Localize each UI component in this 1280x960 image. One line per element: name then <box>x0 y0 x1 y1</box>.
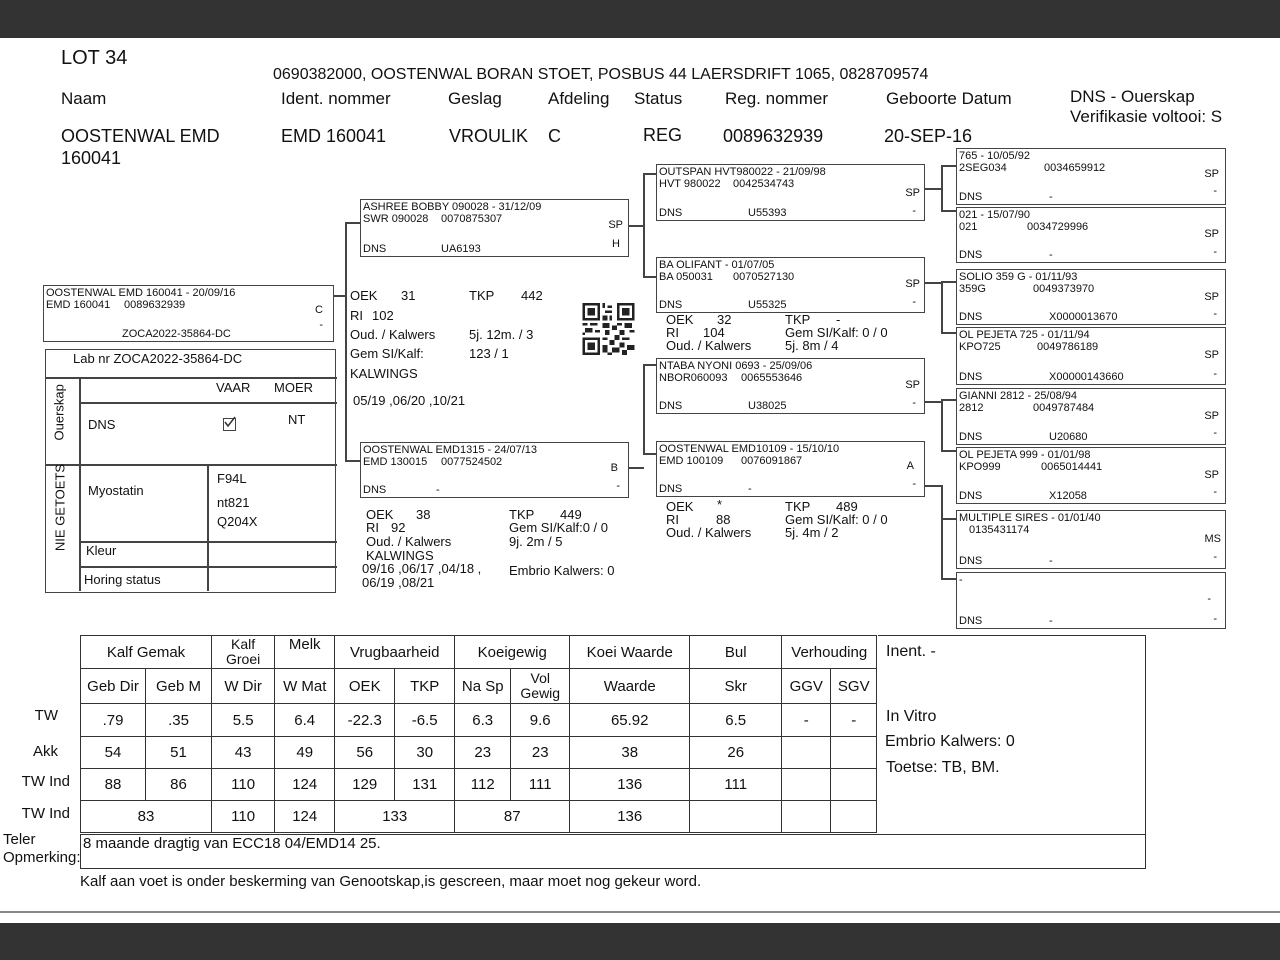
dam-oud-label: Oud. / Kalwers <box>350 327 435 342</box>
inent: Inent. - <box>886 643 936 661</box>
gen3-5-ident: 2812 <box>959 402 983 414</box>
value-naam-1: OOSTENWAL EMD <box>61 126 220 147</box>
in-vitro: In Vitro <box>886 708 936 726</box>
qr-code-icon <box>582 303 635 355</box>
label-reg: Reg. nommer <box>725 89 828 109</box>
label-geboorte: Geboorte Datum <box>886 89 1012 109</box>
gen3-8-dns-value: - <box>1049 615 1053 627</box>
gen2-3-code: SP <box>905 379 920 391</box>
gen2-1-ident: HVT 980022 <box>659 178 721 190</box>
gen3-3-ident: 359G <box>959 283 986 295</box>
lab-table: Lab nr ZOCA2022-35864-DC Ouerskap VAAR M… <box>45 349 336 593</box>
gen3-7-code: MS <box>1205 533 1222 545</box>
label-ident: Ident. nommer <box>281 89 391 109</box>
gen2-1-dns-value: U55393 <box>748 207 787 219</box>
tw-ind-cell: 112 <box>455 769 511 801</box>
dam-reg: 0077524502 <box>441 456 502 468</box>
gen2-box-1: OUTSPAN HVT980022 - 21/09/98 HVT 980022 … <box>656 164 925 221</box>
gen3-4-dns: DNS <box>959 371 982 383</box>
tw-ind-cell <box>831 769 877 801</box>
gen3-4-ident: KPO725 <box>959 341 1001 353</box>
gen3-box-6: OL PEJETA 999 - 01/01/98 KPO999 00650144… <box>956 447 1226 504</box>
tw-cell: -6.5 <box>395 704 455 737</box>
gen2-2-name: BA OLIFANT - 01/07/05 <box>659 259 774 271</box>
sub-na-sp: Na Sp <box>455 669 511 704</box>
gen3-7-dash: - <box>1213 551 1217 563</box>
gen2-3-ident: NBOR060093 <box>659 372 728 384</box>
gen3-4-code: SP <box>1204 349 1219 361</box>
gen3-5-dash: - <box>1213 427 1217 439</box>
tw-ind2-cell: 124 <box>275 801 335 833</box>
gen3-1-dns-value: - <box>1049 191 1053 203</box>
gen3-1-dns: DNS <box>959 191 982 203</box>
gen3-1-reg: 0034659912 <box>1044 162 1105 174</box>
divider <box>0 911 1280 913</box>
gen3-8-dns: DNS <box>959 615 982 627</box>
lot-number: LOT 34 <box>61 47 127 70</box>
sub-geb-m: Geb M <box>146 669 212 704</box>
animal-box: OOSTENWAL EMD 160041 - 20/09/16 EMD 1600… <box>43 285 334 342</box>
moer-header: MOER <box>274 380 313 395</box>
tw-ind2-cell <box>831 801 877 833</box>
tw-ind2-cell <box>782 801 831 833</box>
gen3-4-dash: - <box>1213 368 1217 380</box>
vaar-checkbox-icon <box>223 418 236 431</box>
gen3-1-dash: - <box>1213 185 1217 197</box>
gen3-3-code: SP <box>1204 291 1219 303</box>
dam-dash: - <box>616 480 620 492</box>
akk-cell: 30 <box>395 737 455 769</box>
dam-gem: 123 / 1 <box>469 346 509 361</box>
tw-ind-cell: 111 <box>511 769 570 801</box>
dam2-kalwings-1: 09/16 ,06/17 ,04/18 , <box>362 561 481 576</box>
label-status: Status <box>634 89 682 109</box>
gen3-5-reg: 0049787484 <box>1033 402 1094 414</box>
side-info-box: Inent. - In Vitro Embrio Kalwers: 0 Toet… <box>878 635 1146 835</box>
gen2-1-dash: - <box>912 205 916 217</box>
gen2-2-dash: - <box>912 296 916 308</box>
tw-ind-combined-row: 83 110 124 133 87 136 <box>81 801 877 833</box>
opmerking-box: 8 maande dragtig van ECC18 04/EMD14 25. <box>80 834 1146 869</box>
value-naam-2: 160041 <box>61 148 121 169</box>
tw-cell: 65.92 <box>570 704 690 737</box>
dam2-ri-label: RI <box>366 520 379 535</box>
embrio-kalwers: Embrio Kalwers: 0 <box>885 733 1015 751</box>
gen3-7-reg: 0135431174 <box>969 524 1029 536</box>
lab-nr: Lab nr ZOCA2022-35864-DC <box>73 351 242 366</box>
sub-tkp: TKP <box>395 669 455 704</box>
tw-cell: 6.3 <box>455 704 511 737</box>
opmerking-text: 8 maande dragtig van ECC18 04/EMD14 25. <box>83 835 381 852</box>
value-reg: 0089632939 <box>723 126 823 147</box>
animal-lab: ZOCA2022-35864-DC <box>122 328 231 340</box>
sire-dns-value: UA6193 <box>441 243 481 255</box>
gen2s-1-oud: 5j. 8m / 4 <box>785 338 838 353</box>
gen2-1-code: SP <box>905 187 920 199</box>
gen2-1-dns: DNS <box>659 207 682 219</box>
sub-waarde: Waarde <box>570 669 690 704</box>
gen3-5-code: SP <box>1204 410 1219 422</box>
gen3-box-7: MULTIPLE SIRES - 01/01/40 0135431174 MS … <box>956 510 1226 569</box>
tw-ind2-cell: 87 <box>455 801 570 833</box>
sire-code: SP <box>608 219 623 231</box>
myostatin-label: Myostatin <box>88 483 144 498</box>
dam-ri-label: RI <box>350 308 363 323</box>
tw-cell: - <box>831 704 877 737</box>
top-bar <box>0 0 1280 38</box>
dam-dns-label: DNS <box>363 484 386 496</box>
dam-gem-label: Gem SI/Kalf: <box>350 346 424 361</box>
gen2s-2-oud: 5j. 4m / 2 <box>785 525 838 540</box>
tw-cell: .35 <box>146 704 212 737</box>
gen3-box-4: OL PEJETA 725 - 01/11/94 KPO725 00497861… <box>956 327 1226 385</box>
sub-oek: OEK <box>335 669 395 704</box>
gen2-2-code: SP <box>905 278 920 290</box>
gen3-3-name: SOLIO 359 G - 01/11/93 <box>959 271 1077 283</box>
gen2s-2-oud-label: Oud. / Kalwers <box>666 525 751 540</box>
group-bul: Bul <box>690 636 782 669</box>
dam-tkp-label: TKP <box>469 288 494 303</box>
gen3-4-reg: 0049786189 <box>1037 341 1098 353</box>
tw-ind-cell: 129 <box>335 769 395 801</box>
gen2-4-dns-value: - <box>748 483 752 495</box>
verifikasie: Verifikasie voltooi: S <box>1070 107 1222 127</box>
tw-cell: - <box>782 704 831 737</box>
tw-cell: 9.6 <box>511 704 570 737</box>
tw-cell: 6.5 <box>690 704 782 737</box>
akk-cell: 56 <box>335 737 395 769</box>
gen3-6-dns: DNS <box>959 490 982 502</box>
myostatin-q204x: Q204X <box>217 514 257 529</box>
gen3-8-name: - <box>959 574 963 586</box>
akk-cell: 23 <box>511 737 570 769</box>
group-kalf-groei: Kalf Groei <box>212 636 275 669</box>
gen3-2-name: 021 - 15/07/90 <box>959 209 1030 221</box>
dam-code: B <box>611 462 618 474</box>
dam-ident: EMD 130015 <box>363 456 427 468</box>
gen2-box-3: NTABA NYONI 0693 - 25/09/06 NBOR060093 0… <box>656 358 925 414</box>
gen3-box-1: 765 - 10/05/92 2SEG034 0034659912 SP DNS… <box>956 148 1226 205</box>
tw-ind-cell: 86 <box>146 769 212 801</box>
dam2-kalwings-2: 06/19 ,08/21 <box>362 575 434 590</box>
toetse: Toetse: TB, BM. <box>886 759 1000 777</box>
akk-row: 54 51 43 49 56 30 23 23 38 26 <box>81 737 877 769</box>
breeder-line: 0690382000, OOSTENWAL BORAN STOET, POSBU… <box>273 66 928 84</box>
tw-ind2-cell <box>690 801 782 833</box>
gen2-4-ident: EMD 100109 <box>659 455 723 467</box>
tw-ind-row: 88 86 110 124 129 131 112 111 136 111 <box>81 769 877 801</box>
row-label-akk: Akk <box>0 743 58 760</box>
gen2-1-reg: 0042534743 <box>733 178 794 190</box>
dam-dns-value: - <box>436 484 440 496</box>
moer-dns-value: NT <box>288 412 305 427</box>
group-kalf-gemak: Kalf Gemak <box>81 636 212 669</box>
sub-ggv: GGV <box>782 669 831 704</box>
value-ident: EMD 160041 <box>281 126 386 147</box>
label-naam: Naam <box>61 89 106 109</box>
gen3-2-dns-value: - <box>1049 249 1053 261</box>
tw-ind-cell: 131 <box>395 769 455 801</box>
sub-vol-gewig: Vol Gewig <box>511 669 570 704</box>
gen2-box-2: BA OLIFANT - 01/07/05 BA 050031 00705271… <box>656 257 925 313</box>
dam-ri: 102 <box>372 308 394 323</box>
gen3-8-code: - <box>1207 593 1211 605</box>
tw-ind-cell: 111 <box>690 769 782 801</box>
tw-ind2-cell: 110 <box>212 801 275 833</box>
group-koei-waarde: Koei Waarde <box>570 636 690 669</box>
gen3-2-dash: - <box>1213 246 1217 258</box>
animal-reg: 0089632939 <box>124 299 185 311</box>
gen2-3-dns: DNS <box>659 400 682 412</box>
label-geslag: Geslag <box>448 89 502 109</box>
breeding-values-table: Kalf Gemak Kalf Groei Melk Vrugbaarheid … <box>80 635 877 833</box>
value-geboorte: 20-SEP-16 <box>884 126 972 147</box>
gen3-box-2: 021 - 15/07/90 021 0034729996 SP DNS - - <box>956 207 1226 263</box>
akk-cell <box>831 737 877 769</box>
sub-geb-dir: Geb Dir <box>81 669 146 704</box>
dam2-oek: 38 <box>416 507 430 522</box>
gen3-3-dns-value: X0000013670 <box>1049 311 1118 323</box>
dam2-ri: 92 <box>391 520 405 535</box>
akk-cell: 54 <box>81 737 146 769</box>
dns-label: DNS <box>88 417 115 432</box>
tw-ind-cell <box>782 769 831 801</box>
gen3-7-dns-value: - <box>1049 555 1053 567</box>
sub-w-mat: W Mat <box>275 669 335 704</box>
tw-ind2-cell: 83 <box>81 801 212 833</box>
animal-ident: EMD 160041 <box>46 299 110 311</box>
sire-box: ASHREE BOBBY 090028 - 31/12/09 SWR 09002… <box>360 199 629 257</box>
horing-label: Horing status <box>84 572 161 587</box>
gen2-2-reg: 0070527130 <box>733 271 794 283</box>
sire-dns-label: DNS <box>363 243 386 255</box>
gen2-3-reg: 0065553646 <box>741 372 802 384</box>
gen2-box-4: OOSTENWAL EMD10109 - 15/10/10 EMD 100109… <box>656 441 925 497</box>
gen3-box-5: GIANNI 2812 - 25/08/94 2812 0049787484 S… <box>956 388 1226 445</box>
gen3-4-dns-value: X00000143660 <box>1049 371 1124 383</box>
gen2-3-name: NTABA NYONI 0693 - 25/09/06 <box>659 360 812 372</box>
group-koeigewig: Koeigewig <box>455 636 570 669</box>
akk-cell: 26 <box>690 737 782 769</box>
sub-w-dir: W Dir <box>212 669 275 704</box>
sire-reg: 0070875307 <box>441 213 502 225</box>
dam-tkp: 442 <box>521 288 543 303</box>
gen3-3-dns: DNS <box>959 311 982 323</box>
akk-cell: 49 <box>275 737 335 769</box>
row-label-tw-ind: TW Ind <box>12 773 70 790</box>
gen3-6-dns-value: X12058 <box>1049 490 1087 502</box>
tw-ind-cell: 110 <box>212 769 275 801</box>
gen3-1-name: 765 - 10/05/92 <box>959 150 1030 162</box>
sub-skr: Skr <box>690 669 782 704</box>
sire-ident: SWR 090028 <box>363 213 428 225</box>
value-afdeling: C <box>548 126 561 147</box>
dam-box: OOSTENWAL EMD1315 - 24/07/13 EMD 130015 … <box>360 442 629 498</box>
ouerskap-label: Ouerskap <box>52 415 67 441</box>
row-label-tw: TW <box>0 707 58 724</box>
akk-cell: 43 <box>212 737 275 769</box>
nie-getoets-label: NIE GETOETS <box>53 448 68 568</box>
tw-ind-cell: 136 <box>570 769 690 801</box>
sire-extra: H <box>612 238 620 250</box>
dam-kalwings: 05/19 ,06/20 ,10/21 <box>353 393 465 408</box>
dam-name-date: OOSTENWAL EMD1315 - 24/07/13 <box>363 444 537 456</box>
gen2s-1-oud-label: Oud. / Kalwers <box>666 338 751 353</box>
dam-oek-label: OEK <box>350 288 377 303</box>
gen2-2-dns: DNS <box>659 299 682 311</box>
myostatin-nt821: nt821 <box>217 495 250 510</box>
gen2-4-dns: DNS <box>659 483 682 495</box>
gen3-2-ident: 021 <box>959 221 977 233</box>
gen3-6-ident: KPO999 <box>959 461 1001 473</box>
tw-row: .79 .35 5.5 6.4 -22.3 -6.5 6.3 9.6 65.92… <box>81 704 877 737</box>
bottom-bar <box>0 923 1280 960</box>
tw-cell: .79 <box>81 704 146 737</box>
gen3-5-dns: DNS <box>959 431 982 443</box>
tw-ind-cell: 88 <box>81 769 146 801</box>
akk-cell <box>782 737 831 769</box>
dam-oek: 31 <box>401 288 415 303</box>
gen3-6-reg: 0065014441 <box>1041 461 1102 473</box>
gen3-7-dns: DNS <box>959 555 982 567</box>
gen3-5-name: GIANNI 2812 - 25/08/94 <box>959 390 1077 402</box>
group-vrugbaarheid: Vrugbaarheid <box>335 636 455 669</box>
dam2-oud-label: Oud. / Kalwers <box>366 534 451 549</box>
gen3-3-reg: 0049373970 <box>1033 283 1094 295</box>
animal-code: C <box>315 304 323 316</box>
gen3-5-dns-value: U20680 <box>1049 431 1088 443</box>
gen3-1-ident: 2SEG034 <box>959 162 1007 174</box>
gen3-6-name: OL PEJETA 999 - 01/01/98 <box>959 449 1090 461</box>
gen2-1-name: OUTSPAN HVT980022 - 21/09/98 <box>659 166 826 178</box>
gen3-6-dash: - <box>1213 486 1217 498</box>
gen2-2-dns-value: U55325 <box>748 299 787 311</box>
gen2-4-reg: 0076091867 <box>741 455 802 467</box>
gen3-box-8: - - DNS - - <box>956 572 1226 629</box>
animal-name-date: OOSTENWAL EMD 160041 - 20/09/16 <box>46 287 235 299</box>
gen2-3-dash: - <box>912 397 916 409</box>
gen3-3-dash: - <box>1213 308 1217 320</box>
gen3-box-3: SOLIO 359 G - 01/11/93 359G 0049373970 S… <box>956 269 1226 325</box>
group-melk: Melk <box>275 636 335 669</box>
group-verhouding: Verhouding <box>782 636 877 669</box>
tw-cell: 6.4 <box>275 704 335 737</box>
gen2-4-dash: - <box>912 478 916 490</box>
label-dns-ouerskap: DNS - Ouerskap <box>1070 87 1195 107</box>
vaar-header: VAAR <box>216 380 250 395</box>
sub-sgv: SGV <box>831 669 877 704</box>
footer-note: Kalf aan voet is onder beskerming van Ge… <box>80 873 701 890</box>
gen3-4-name: OL PEJETA 725 - 01/11/94 <box>959 329 1090 341</box>
gen3-8-dash: - <box>1213 613 1217 625</box>
dam2-embrio: Embrio Kalwers: 0 <box>509 563 614 578</box>
tw-cell: -22.3 <box>335 704 395 737</box>
value-status: REG <box>643 125 682 146</box>
gen2s-2-oek: * <box>717 497 722 512</box>
gen2-4-code: A <box>907 460 914 472</box>
akk-cell: 38 <box>570 737 690 769</box>
animal-dash: - <box>319 319 323 331</box>
dam2-gem: Gem SI/Kalf:0 / 0 <box>509 520 608 535</box>
tw-ind2-cell: 133 <box>335 801 455 833</box>
kleur-label: Kleur <box>86 543 116 558</box>
gen3-1-code: SP <box>1204 168 1219 180</box>
value-geslag: VROULIK <box>449 126 528 147</box>
gen2-2-ident: BA 050031 <box>659 271 713 283</box>
tw-cell: 5.5 <box>212 704 275 737</box>
gen3-2-code: SP <box>1204 228 1219 240</box>
label-afdeling: Afdeling <box>548 89 609 109</box>
akk-cell: 23 <box>455 737 511 769</box>
dam-oud: 5j. 12m. / 3 <box>469 327 533 342</box>
gen2-3-dns-value: U38025 <box>748 400 787 412</box>
akk-cell: 51 <box>146 737 212 769</box>
myostatin-f94l: F94L <box>217 471 247 486</box>
gen3-2-dns: DNS <box>959 249 982 261</box>
gen3-7-name: MULTIPLE SIRES - 01/01/40 <box>959 512 1101 524</box>
teler-label: Teler <box>3 831 36 848</box>
gen3-2-reg: 0034729996 <box>1027 221 1088 233</box>
sub-header-row: Geb Dir Geb M W Dir W Mat OEK TKP Na Sp … <box>81 669 877 704</box>
group-header-row: Kalf Gemak Kalf Groei Melk Vrugbaarheid … <box>81 636 877 669</box>
gen3-6-code: SP <box>1204 469 1219 481</box>
row-label-tw-ind-2: TW Ind <box>12 805 70 822</box>
tw-ind2-cell: 136 <box>570 801 690 833</box>
tw-ind-cell: 124 <box>275 769 335 801</box>
gen2-4-name: OOSTENWAL EMD10109 - 15/10/10 <box>659 443 839 455</box>
dam2-oud: 9j. 2m / 5 <box>509 534 562 549</box>
sire-name-date: ASHREE BOBBY 090028 - 31/12/09 <box>363 201 541 213</box>
opmerking-label: Opmerking: <box>3 849 81 866</box>
dam-kalwings-label: KALWINGS <box>350 366 418 381</box>
